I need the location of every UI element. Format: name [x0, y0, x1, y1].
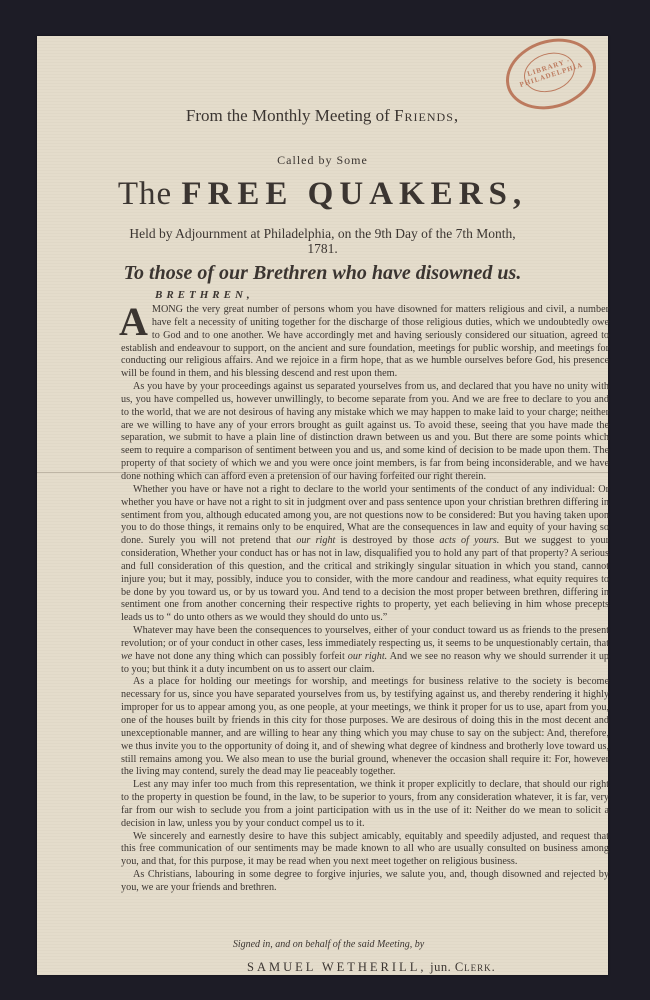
heading-meeting-prefix: From the Monthly Meeting of — [186, 106, 394, 125]
drop-cap: A — [119, 305, 148, 339]
signatory-name: SAMUEL WETHERILL, — [247, 960, 426, 974]
signed-line: Signed in, and on behalf of the said Mee… — [37, 939, 608, 950]
broadside-page: LIBRARY · PHILADELPHIA From the Monthly … — [37, 36, 608, 975]
title-main: FREE QUAKERS, — [181, 176, 527, 212]
heading-meeting-friends: Friends, — [394, 106, 459, 125]
paragraph-8: As Christians, labouring in some degree … — [121, 869, 609, 895]
letter-body: AMONG the very great number of persons w… — [121, 304, 609, 895]
heading-date: Held by Adjournment at Philadelphia, on … — [37, 226, 608, 256]
signatory-suffix: jun. — [426, 960, 454, 974]
title-prefix: The — [118, 176, 182, 212]
paragraph-3: Whether you have or have not a right to … — [121, 484, 609, 625]
salutation: BRETHREN, — [155, 289, 254, 301]
signatory: SAMUEL WETHERILL, jun. Clerk. — [247, 960, 496, 975]
heading-called-by: Called by Some — [37, 153, 608, 168]
heading-date-line: Held by Adjournment at Philadelphia, on … — [37, 226, 608, 241]
paragraph-2: As you have by your proceedings against … — [121, 381, 609, 484]
address-line: To those of our Brethren who have disown… — [37, 262, 608, 285]
heading-meeting: From the Monthly Meeting of Friends, — [37, 106, 608, 126]
paragraph-4: Whatever may have been the consequences … — [121, 625, 609, 676]
paragraph-5: As a place for holding our meetings for … — [121, 676, 609, 779]
paragraph-7: We sincerely and earnestly desire to hav… — [121, 831, 609, 870]
signatory-title: Clerk. — [455, 960, 496, 974]
heading-year: 1781. — [37, 241, 608, 256]
paragraph-6: Lest any may infer too much from this re… — [121, 779, 609, 830]
title-free-quakers: The FREE QUAKERS, — [37, 176, 608, 213]
paragraph-1: AMONG the very great number of persons w… — [121, 304, 609, 381]
